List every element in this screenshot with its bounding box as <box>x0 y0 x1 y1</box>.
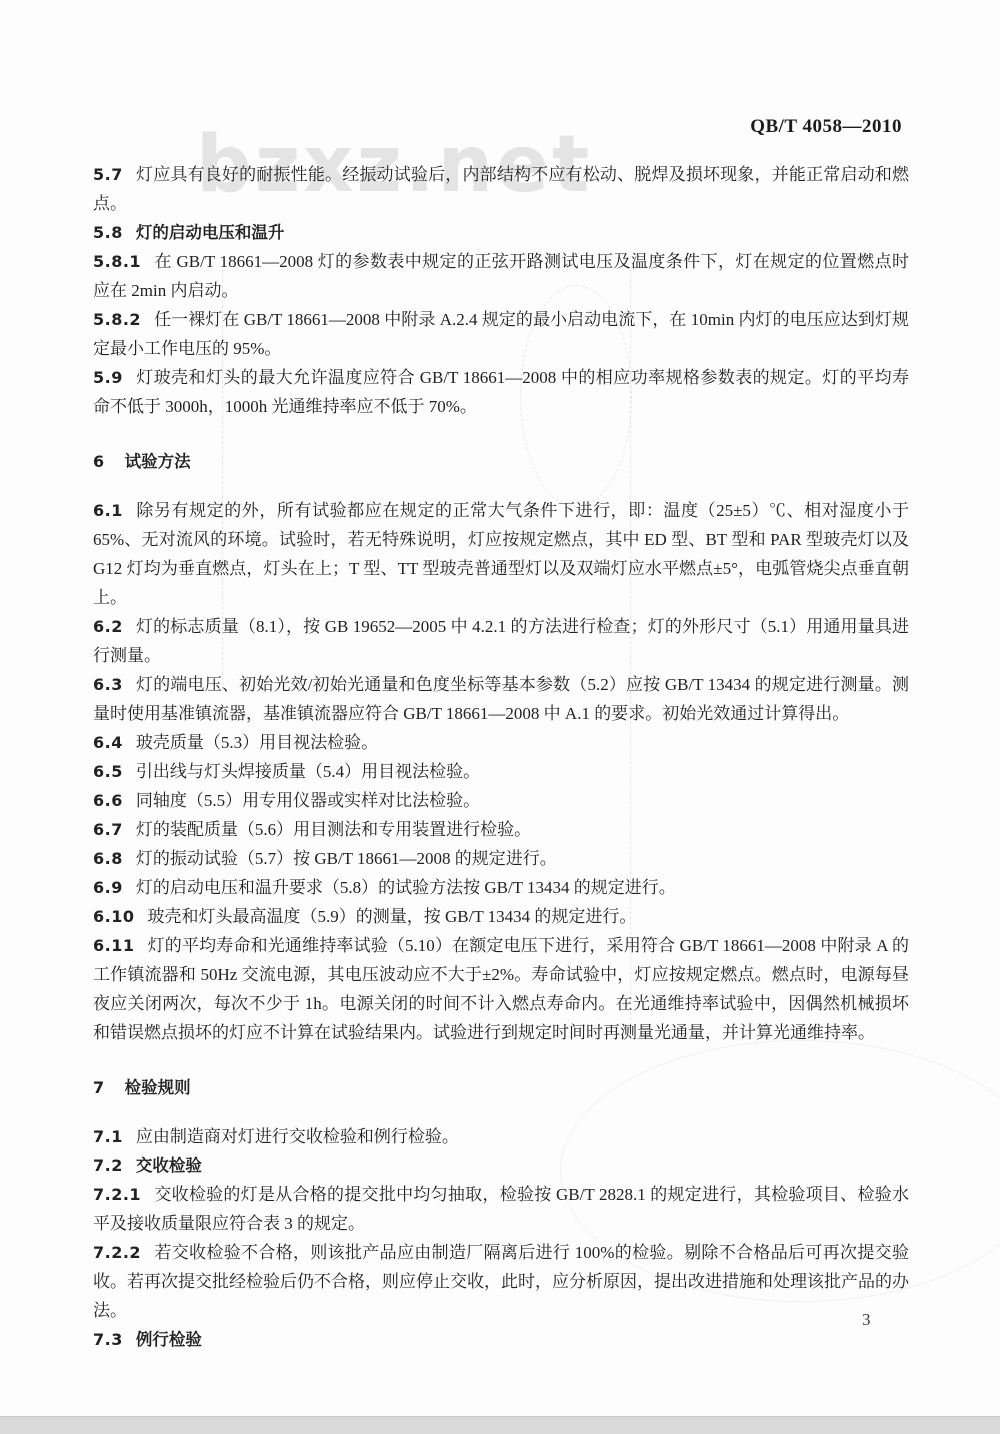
clause-text: 例行检验 <box>136 1330 202 1349</box>
clause-paragraph: 6.2灯的标志质量（8.1），按 GB 19652—2005 中 4.2.1 的… <box>93 612 909 670</box>
clause-text: 灯的振动试验（5.7）按 GB/T 18661—2008 的规定进行。 <box>136 849 557 868</box>
clause-number: 6.10 <box>93 907 134 926</box>
clause-text: 若交收检验不合格，则该批产品应由制造厂隔离后进行 100%的检验。剔除不合格品后… <box>93 1243 909 1320</box>
clause-paragraph: 6.11灯的平均寿命和光通维持率试验（5.10）在额定电压下进行，采用符合 GB… <box>93 931 909 1047</box>
document-page: bzxz.net QB/T 4058—2010 5.7灯应具有良好的耐振性能。经… <box>0 0 1000 1434</box>
clause-number: 6.9 <box>93 878 123 897</box>
clause-paragraph: 5.7灯应具有良好的耐振性能。经振动试验后，内部结构不应有松动、脱焊及损坏现象，… <box>93 160 909 218</box>
page-number: 3 <box>862 1310 871 1330</box>
clause-paragraph: 6.3灯的端电压、初始光效/初始光通量和色度坐标等基本参数（5.2）应按 GB/… <box>93 670 909 728</box>
clause-text: 在 GB/T 18661—2008 灯的参数表中规定的正弦开路测试电压及温度条件… <box>93 252 909 300</box>
clause-number: 5.8.2 <box>93 310 141 329</box>
clause-paragraph: 5.8.2任一裸灯在 GB/T 18661—2008 中附录 A.2.4 规定的… <box>93 305 909 363</box>
clause-number: 6.6 <box>93 791 123 810</box>
clause-paragraph: 5.9灯玻壳和灯头的最大允许温度应符合 GB/T 18661—2008 中的相应… <box>93 363 909 421</box>
clause-paragraph: 6.7灯的装配质量（5.6）用目测法和专用装置进行检验。 <box>93 815 909 844</box>
clause-number: 6 <box>93 452 105 471</box>
clause-text: 引出线与灯头焊接质量（5.4）用目视法检验。 <box>136 762 480 781</box>
clause-number: 7.2 <box>93 1156 123 1175</box>
clause-number: 6.5 <box>93 762 123 781</box>
clause-number: 7.3 <box>93 1330 123 1349</box>
clause-text: 灯的启动电压和温升要求（5.8）的试验方法按 GB/T 13434 的规定进行。 <box>136 878 676 897</box>
clause-number: 5.9 <box>93 368 123 387</box>
clause-number: 6.3 <box>93 675 123 694</box>
scan-edge-band <box>0 1416 1000 1434</box>
clause-text: 灯玻壳和灯头的最大允许温度应符合 GB/T 18661—2008 中的相应功率规… <box>93 368 909 416</box>
clause-heading: 7.3例行检验 <box>93 1325 909 1354</box>
clause-text: 同轴度（5.5）用专用仪器或实样对比法检验。 <box>136 791 480 810</box>
clause-text: 任一裸灯在 GB/T 18661—2008 中附录 A.2.4 规定的最小启动电… <box>93 310 909 358</box>
clause-paragraph: 6.1除另有规定的外，所有试验都应在规定的正常大气条件下进行，即：温度（25±5… <box>93 496 909 612</box>
clause-heading: 5.8灯的启动电压和温升 <box>93 218 909 247</box>
clause-number: 6.1 <box>93 501 123 520</box>
clauses: 5.7灯应具有良好的耐振性能。经振动试验后，内部结构不应有松动、脱焊及损坏现象，… <box>93 160 909 1354</box>
clause-number: 5.8 <box>93 223 123 242</box>
clause-heading: 7.2交收检验 <box>93 1151 909 1180</box>
clause-paragraph: 6.8灯的振动试验（5.7）按 GB/T 18661—2008 的规定进行。 <box>93 844 909 873</box>
clause-paragraph: 6.5引出线与灯头焊接质量（5.4）用目视法检验。 <box>93 757 909 786</box>
clause-paragraph: 7.1应由制造商对灯进行交收检验和例行检验。 <box>93 1122 909 1151</box>
clause-number: 6.8 <box>93 849 123 868</box>
clause-paragraph: 5.8.1在 GB/T 18661—2008 灯的参数表中规定的正弦开路测试电压… <box>93 247 909 305</box>
document-number-header: QB/T 4058—2010 <box>750 116 902 138</box>
clause-number: 5.8.1 <box>93 252 141 271</box>
clause-text: 交收检验的灯是从合格的提交批中均匀抽取，检验按 GB/T 2828.1 的规定进… <box>93 1185 909 1233</box>
clause-paragraph: 6.9灯的启动电压和温升要求（5.8）的试验方法按 GB/T 13434 的规定… <box>93 873 909 902</box>
clause-text: 除另有规定的外，所有试验都应在规定的正常大气条件下进行，即：温度（25±5）℃、… <box>93 501 909 607</box>
clause-number: 5.7 <box>93 165 123 184</box>
clause-text: 检验规则 <box>125 1078 191 1097</box>
clause-number: 6.11 <box>93 936 134 955</box>
clause-text: 玻壳质量（5.3）用目视法检验。 <box>136 733 378 752</box>
clause-text: 交收检验 <box>136 1156 202 1175</box>
clause-number: 6.4 <box>93 733 123 752</box>
clause-text: 灯的标志质量（8.1），按 GB 19652—2005 中 4.2.1 的方法进… <box>93 617 909 665</box>
clause-number: 7 <box>93 1078 105 1097</box>
clause-number: 7.2.2 <box>93 1243 141 1262</box>
clause-heading: 6试验方法 <box>93 447 909 476</box>
clause-text: 灯的端电压、初始光效/初始光通量和色度坐标等基本参数（5.2）应按 GB/T 1… <box>93 675 909 723</box>
clause-paragraph: 6.4玻壳质量（5.3）用目视法检验。 <box>93 728 909 757</box>
clause-paragraph: 7.2.1交收检验的灯是从合格的提交批中均匀抽取，检验按 GB/T 2828.1… <box>93 1180 909 1238</box>
clause-number: 7.1 <box>93 1127 123 1146</box>
clause-paragraph: 6.6同轴度（5.5）用专用仪器或实样对比法检验。 <box>93 786 909 815</box>
clause-number: 6.2 <box>93 617 123 636</box>
clause-text: 灯应具有良好的耐振性能。经振动试验后，内部结构不应有松动、脱焊及损坏现象，并能正… <box>93 165 909 213</box>
clause-text: 灯的装配质量（5.6）用目测法和专用装置进行检验。 <box>136 820 531 839</box>
clause-number: 6.7 <box>93 820 123 839</box>
clause-heading: 7检验规则 <box>93 1073 909 1102</box>
clause-text: 灯的平均寿命和光通维持率试验（5.10）在额定电压下进行，采用符合 GB/T 1… <box>93 936 909 1042</box>
clause-text: 试验方法 <box>125 452 191 471</box>
clause-paragraph: 7.2.2若交收检验不合格，则该批产品应由制造厂隔离后进行 100%的检验。剔除… <box>93 1238 909 1325</box>
clause-paragraph: 6.10玻壳和灯头最高温度（5.9）的测量，按 GB/T 13434 的规定进行… <box>93 902 909 931</box>
clause-number: 7.2.1 <box>93 1185 141 1204</box>
clause-text: 玻壳和灯头最高温度（5.9）的测量，按 GB/T 13434 的规定进行。 <box>147 907 636 926</box>
clause-text: 灯的启动电压和温升 <box>136 223 285 242</box>
clause-text: 应由制造商对灯进行交收检验和例行检验。 <box>136 1127 459 1146</box>
